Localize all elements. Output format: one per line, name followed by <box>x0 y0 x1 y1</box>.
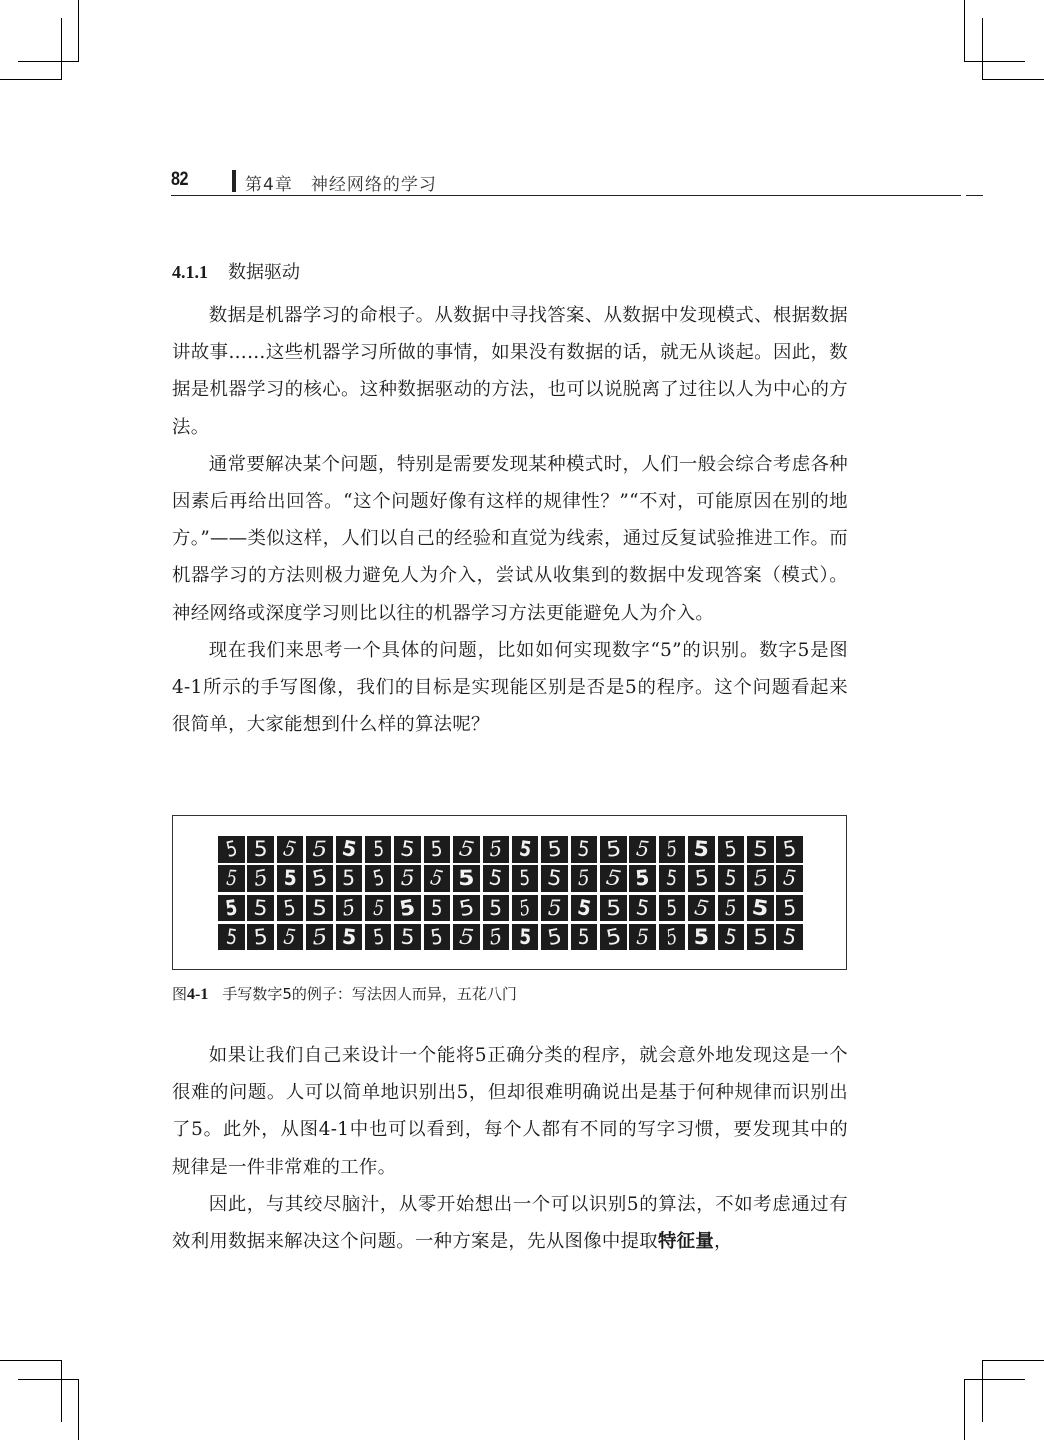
digit-image: 5 <box>247 924 274 951</box>
paragraph: 通常要解决某个问题，特别是需要发现某种模式时，人们一般会综合考虑各种因素后再给出… <box>172 446 848 632</box>
digit-image: 5 <box>776 836 803 863</box>
digit-image: 5 <box>718 924 745 951</box>
digit-image: 5 <box>659 895 686 922</box>
digit-image: 5 <box>483 836 510 863</box>
body-text-before-figure: 数据是机器学习的命根子。从数据中寻找答案、从数据中发现模式、根据数据讲故事……这… <box>172 297 848 743</box>
digit-image: 5 <box>336 924 363 951</box>
section-number: 4.1.1 <box>172 262 208 282</box>
body-text-after-figure: 如果让我们自己来设计一个能将5正确分类的程序，就会意外地发现这是一个很难的问题。… <box>172 1037 848 1260</box>
digit-image: 5 <box>571 895 598 922</box>
digit-image: 5 <box>659 924 686 951</box>
header-bar <box>232 170 236 192</box>
digit-image: 5 <box>688 895 715 922</box>
digit-image: 5 <box>453 836 480 863</box>
running-header: 82 第4章 神经网络的学习 <box>171 168 983 196</box>
crop-mark <box>18 1379 79 1380</box>
bold-term: 特征量 <box>658 1231 714 1252</box>
paragraph-text: 因此，与其绞尽脑汁，从零开始想出一个可以识别5的算法，不如考虑通过有效利用数据来… <box>172 1194 848 1252</box>
page-number: 82 <box>171 169 188 191</box>
digit-image: 5 <box>277 836 304 863</box>
digit-image: 5 <box>306 865 333 892</box>
digit-image: 5 <box>571 836 598 863</box>
digit-image: 5 <box>424 836 451 863</box>
crop-mark <box>964 61 1025 62</box>
digit-image: 5 <box>747 895 774 922</box>
digit-image: 5 <box>277 865 304 892</box>
digit-image: 5 <box>424 924 451 951</box>
digit-image: 5 <box>247 836 274 863</box>
digit-image: 5 <box>718 895 745 922</box>
figure-label: 图 <box>172 985 187 1003</box>
figure-caption: 图4-1手写数字5的例子：写法因人而异，五花八门 <box>172 983 517 1004</box>
digit-image: 5 <box>247 865 274 892</box>
digit-image: 5 <box>541 924 568 951</box>
digit-image: 5 <box>453 924 480 951</box>
crop-mark <box>982 1360 983 1422</box>
digit-image: 5 <box>394 924 421 951</box>
digit-image: 5 <box>483 924 510 951</box>
digit-image: 5 <box>629 924 656 951</box>
crop-mark <box>61 18 62 79</box>
digit-image: 5 <box>541 836 568 863</box>
digit-image: 5 <box>512 865 539 892</box>
crop-mark <box>78 0 79 61</box>
digit-image: 5 <box>483 895 510 922</box>
digit-image: 5 <box>747 836 774 863</box>
digit-image: 5 <box>629 836 656 863</box>
digit-image: 5 <box>600 924 627 951</box>
digit-image: 5 <box>218 895 245 922</box>
digit-image: 5 <box>424 895 451 922</box>
digit-image: 5 <box>277 924 304 951</box>
digit-image: 5 <box>600 895 627 922</box>
digit-image: 5 <box>483 865 510 892</box>
digit-image: 5 <box>365 836 392 863</box>
digit-image: 5 <box>512 924 539 951</box>
crop-mark <box>0 1360 62 1361</box>
digit-image: 5 <box>277 895 304 922</box>
crop-mark <box>61 1360 62 1422</box>
digit-image: 5 <box>688 836 715 863</box>
crop-mark <box>964 0 965 61</box>
chapter-title: 第4章 神经网络的学习 <box>245 170 437 195</box>
crop-mark <box>0 79 62 80</box>
digit-image: 5 <box>247 895 274 922</box>
digit-image: 5 <box>365 924 392 951</box>
digit-image: 5 <box>718 836 745 863</box>
digit-image: 5 <box>394 836 421 863</box>
figure-number: 4-1 <box>187 986 208 1003</box>
digit-image: 5 <box>776 924 803 951</box>
digit-image: 5 <box>776 895 803 922</box>
digit-image: 5 <box>424 865 451 892</box>
digit-image: 5 <box>688 924 715 951</box>
digit-image: 5 <box>394 895 421 922</box>
digit-image: 5 <box>747 865 774 892</box>
digit-image: 5 <box>688 865 715 892</box>
digit-image: 5 <box>218 924 245 951</box>
paragraph: 现在我们来思考一个具体的问题，比如如何实现数字“5”的识别。数字5是图4-1所示… <box>172 632 848 744</box>
digit-image: 5 <box>718 865 745 892</box>
digit-image: 5 <box>336 895 363 922</box>
digit-image: 5 <box>747 924 774 951</box>
digit-image: 5 <box>218 836 245 863</box>
paragraph: 数据是机器学习的命根子。从数据中寻找答案、从数据中发现模式、根据数据讲故事……这… <box>172 297 848 446</box>
header-rule <box>966 195 983 196</box>
digit-image: 5 <box>394 865 421 892</box>
figure-caption-text: 手写数字5的例子：写法因人而异，五花八门 <box>222 985 517 1003</box>
digit-image: 5 <box>541 865 568 892</box>
crop-mark <box>78 1379 79 1440</box>
digit-image: 5 <box>541 895 568 922</box>
digit-image: 5 <box>453 895 480 922</box>
crop-mark <box>982 18 983 79</box>
digit-image: 5 <box>453 865 480 892</box>
header-rule <box>171 195 961 196</box>
digit-image: 5 <box>306 895 333 922</box>
digit-image: 5 <box>659 865 686 892</box>
crop-mark <box>964 1379 965 1440</box>
digit-image: 5 <box>306 924 333 951</box>
digit-image: 5 <box>659 836 686 863</box>
digit-image: 5 <box>600 865 627 892</box>
crop-mark <box>982 79 1044 80</box>
digit-image: 5 <box>571 924 598 951</box>
digit-image: 5 <box>512 895 539 922</box>
digit-image: 5 <box>218 865 245 892</box>
crop-mark <box>964 1379 1025 1380</box>
paragraph: 因此，与其绞尽脑汁，从零开始想出一个可以识别5的算法，不如考虑通过有效利用数据来… <box>172 1186 848 1260</box>
section-heading: 4.1.1数据驱动 <box>172 258 300 284</box>
digit-image: 5 <box>336 865 363 892</box>
digit-image: 5 <box>306 836 333 863</box>
digit-image: 5 <box>776 865 803 892</box>
digit-image: 5 <box>571 865 598 892</box>
paragraph: 如果让我们自己来设计一个能将5正确分类的程序，就会意外地发现这是一个很难的问题。… <box>172 1037 848 1186</box>
digit-image: 5 <box>365 865 392 892</box>
handwritten-digit-grid: 5555555555555555555555555555555555555555… <box>218 836 803 950</box>
digit-image: 5 <box>600 836 627 863</box>
digit-image: 5 <box>512 836 539 863</box>
section-title: 数据驱动 <box>228 262 300 283</box>
digit-image: 5 <box>629 865 656 892</box>
digit-image: 5 <box>629 895 656 922</box>
figure-4-1: 5555555555555555555555555555555555555555… <box>172 815 847 970</box>
paragraph-text: ， <box>714 1231 733 1252</box>
crop-mark <box>18 61 79 62</box>
digit-image: 5 <box>365 895 392 922</box>
digit-image: 5 <box>336 836 363 863</box>
crop-mark <box>982 1360 1044 1361</box>
